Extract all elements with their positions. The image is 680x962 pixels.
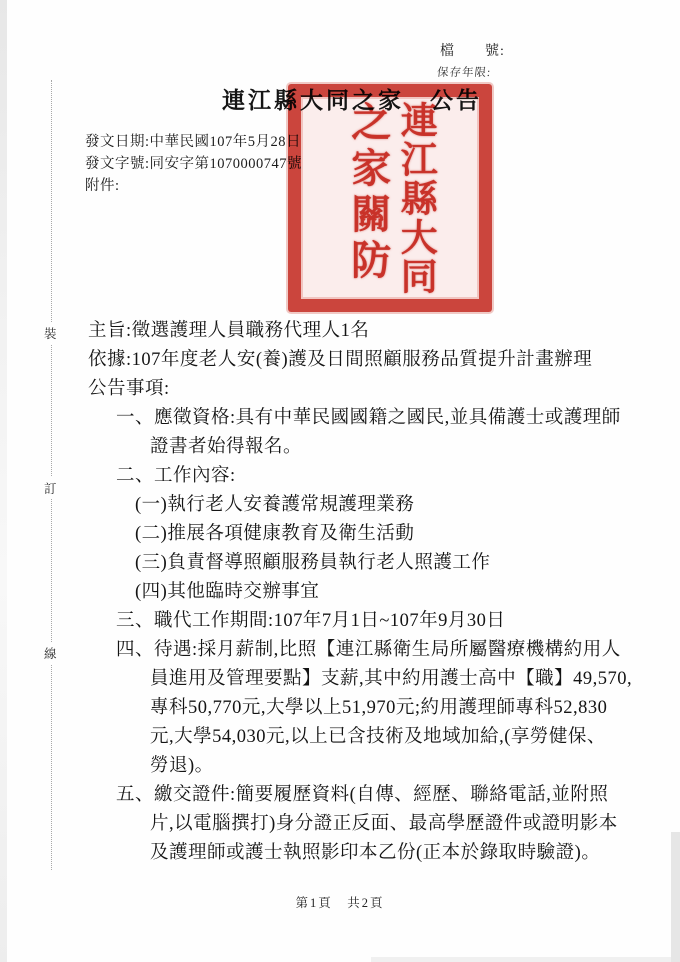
body-line: 一、應徵資格:具有中華民國國籍之國民,並具備護士或護理師 [116,404,636,433]
body-line: 公告事項: [88,375,636,404]
retention-period-label: 保存年限: [436,64,492,80]
body-line: (一)執行老人安養護常規護理業務 [135,491,636,520]
body-line: 及護理師或護士執照影印本乙份(正本於錄取時驗證)。 [150,839,636,868]
body-line: 專科50,770元,大學以上51,970元;約用護理師專科52,830 [150,694,636,723]
attachment-label: 附件: [85,175,302,197]
body-line: 依據:107年度老人安(養)護及日間照顧服務品質提升計畫辦理 [88,346,636,375]
binding-mark: 裝 [44,322,57,344]
body-line: 主旨:徵選護理人員職務代理人1名 [88,317,636,346]
body-line: (四)其他臨時交辦事宜 [135,578,636,607]
scan-edge-left [0,0,7,962]
binding-mark: 訂 [44,477,57,499]
scanned-announcement-page: 檔 號: 保存年限: 連江縣大同之家 公告 發文日期:中華民國107年5月28日… [0,0,680,962]
scan-edge-bottom [371,957,671,962]
binding-mark: 線 [44,642,57,664]
file-number-label: 檔 號: [440,40,505,60]
body-line: (三)負責督導照顧服務員執行老人照護工作 [135,549,636,578]
body-line: 二、工作內容: [116,462,636,491]
seal-column-right: 連江縣大同 [394,101,435,296]
official-seal-text: 連江縣大同 之家關防 [344,101,436,299]
seal-column-left: 之家關防 [346,101,391,285]
issuing-meta: 發文日期:中華民國107年5月28日 發文字號:同安字第1070000747號 … [85,131,302,197]
body-line: 證書者始得報名。 [150,433,636,462]
body-line: 員進用及管理要點】支薪,其中約用護士高中【職】49,570, [150,665,636,694]
body-line: (二)推展各項健康教育及衛生活動 [135,520,636,549]
body-line: 片,以電腦撰打)身分證正反面、最高學歷證件或證明影本 [150,810,636,839]
body-line: 三、職代工作期間:107年7月1日~107年9月30日 [116,607,636,636]
body-text: 主旨:徵選護理人員職務代理人1名依據:107年度老人安(養)護及日間照顧服務品質… [88,317,636,868]
issue-date: 發文日期:中華民國107年5月28日 [85,131,302,153]
body-line: 五、繳交證件:簡要履歷資料(自傳、經歷、聯絡電話,並附照 [116,781,636,810]
official-seal-stamp: 連江縣大同 之家關防 [288,84,492,312]
issue-number: 發文字號:同安字第1070000747號 [85,153,302,175]
body-line: 勞退)。 [150,752,636,781]
binding-dotted-line [51,80,52,870]
body-line: 四、待遇:採月薪制,比照【連江縣衛生局所屬醫療機構約用人 [116,636,636,665]
page-footer: 第1頁 共2頁 [0,893,680,911]
body-line: 元,大學54,030元,以上已含技術及地域加給,(享勞健保、 [150,723,636,752]
